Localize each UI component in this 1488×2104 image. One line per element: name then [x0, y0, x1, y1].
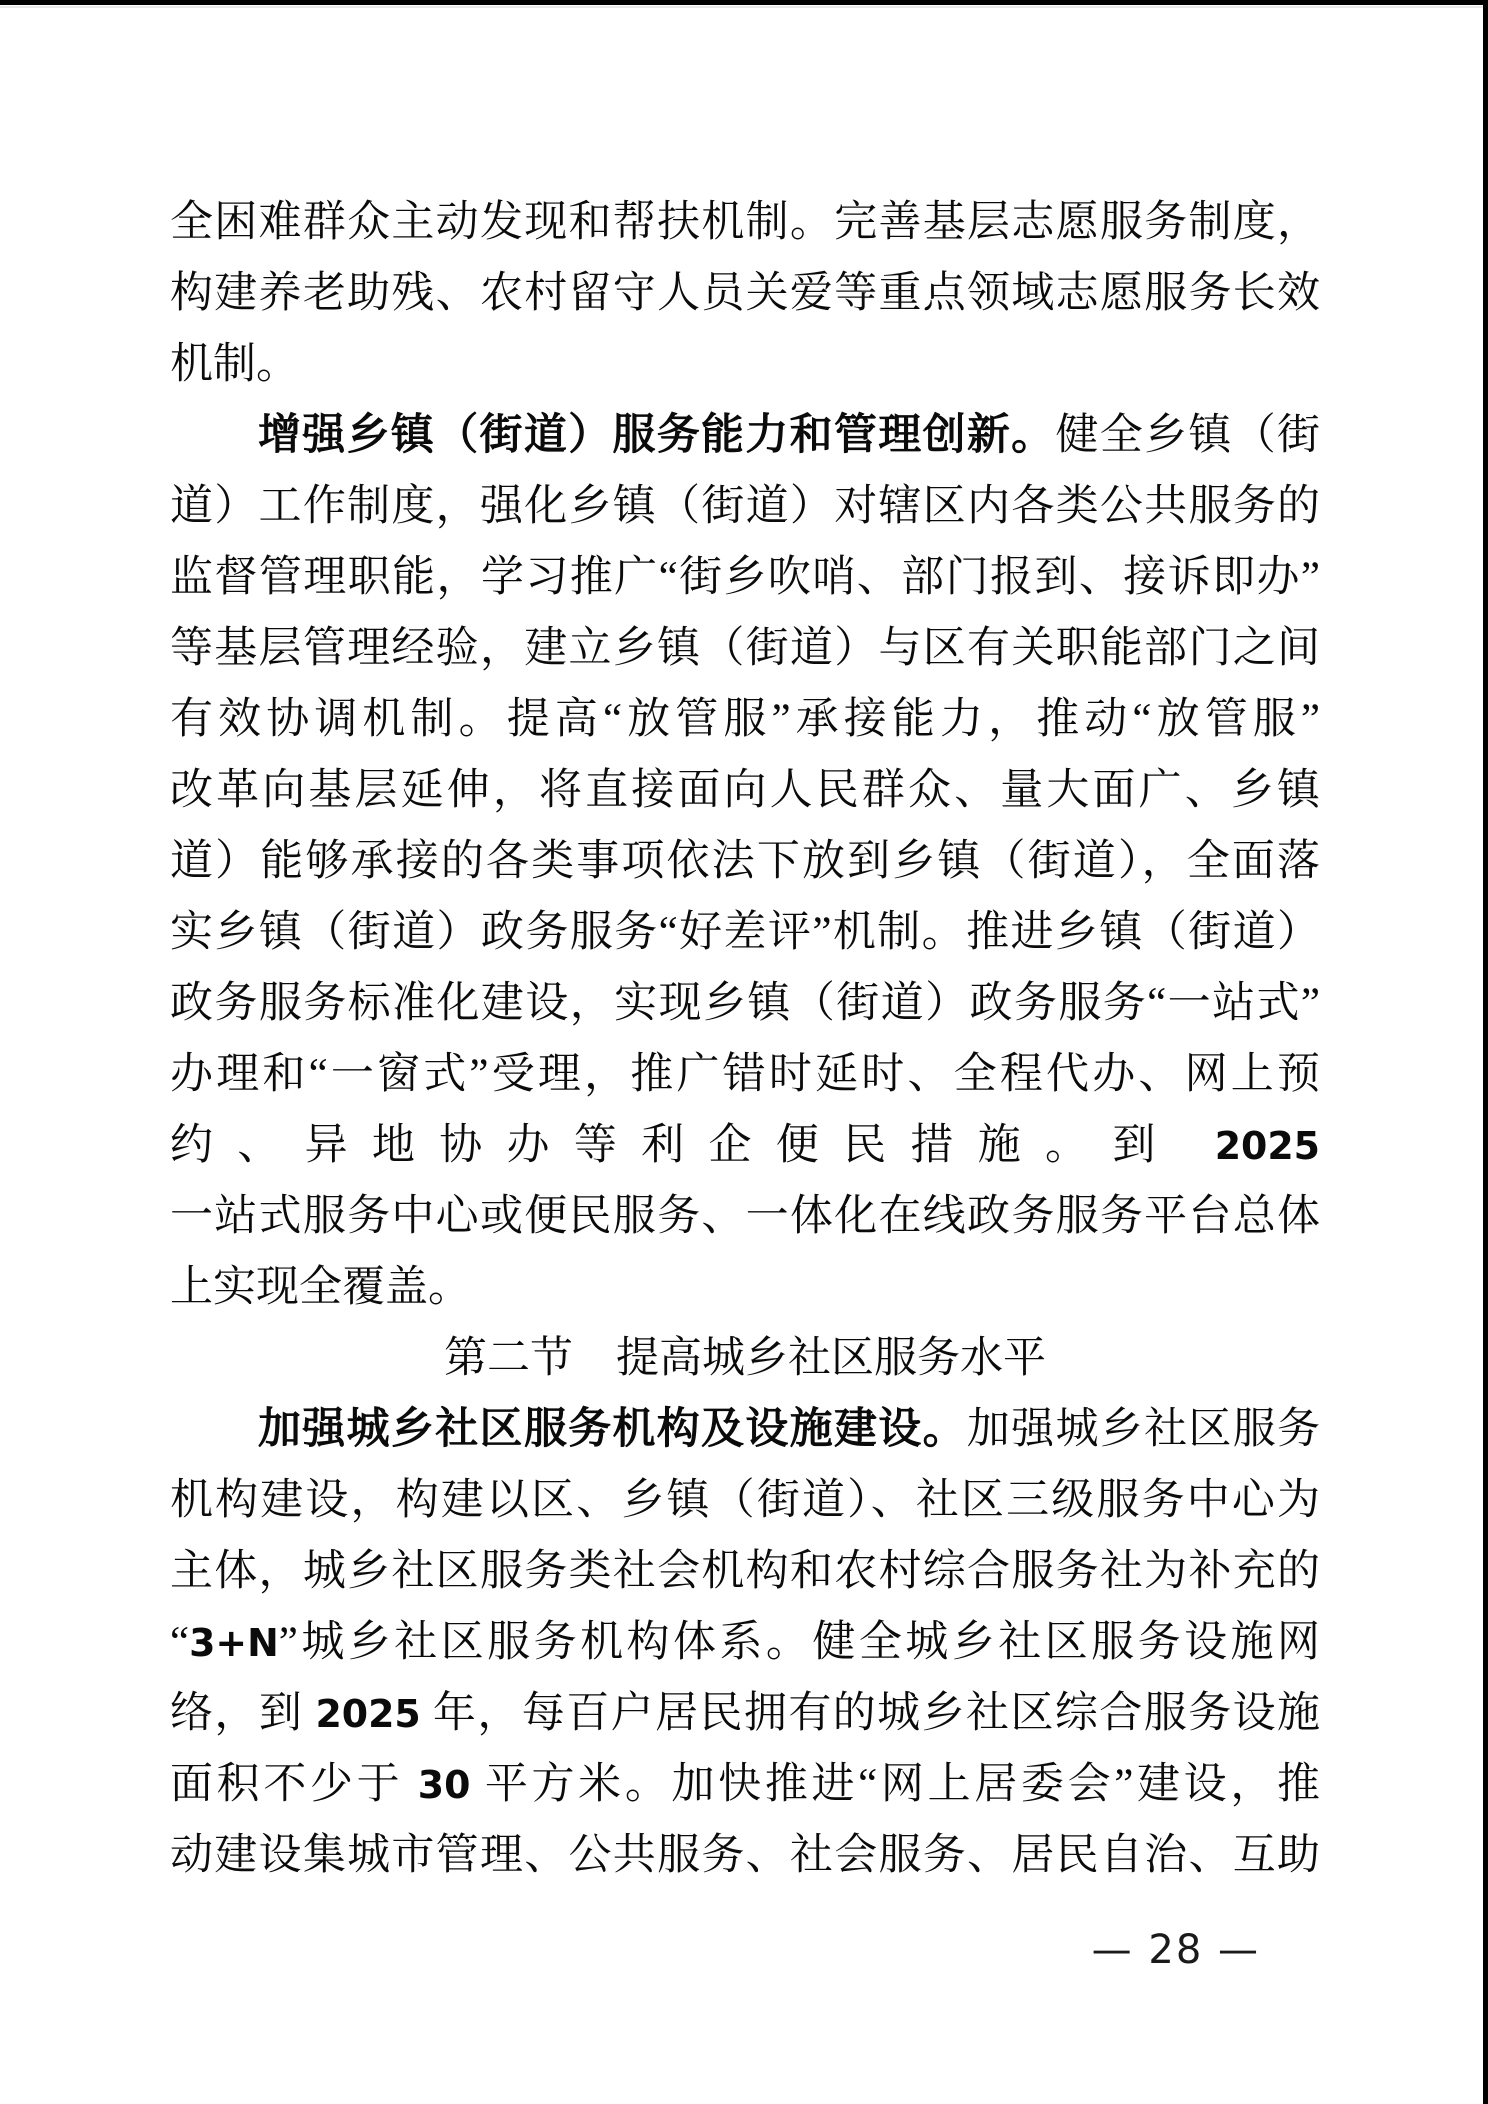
- text-line: 等基层管理经验，建立乡镇（街道）与区有关职能部门之间: [170, 613, 1320, 684]
- text-line: 政务服务标准化建设，实现乡镇（街道）政务服务“一站式”: [170, 968, 1320, 1039]
- text-line: 构建养老助残、农村留守人员关爱等重点领域志愿服务长效: [170, 258, 1320, 329]
- latin-number: 2025: [1215, 1124, 1320, 1168]
- text-line: 监督管理职能，学习推广“街乡吹哨、部门报到、接诉即办”: [170, 542, 1320, 613]
- paragraph: 增强乡镇（街道）服务能力和管理创新。健全乡镇（街道）工作制度，强化乡镇（街道）对…: [170, 400, 1320, 1323]
- text-line: 动建设集城市管理、公共服务、社会服务、居民自治、互助: [170, 1820, 1320, 1891]
- scan-edge-top: [0, 0, 1488, 5]
- text-line: “3+N”城乡社区服务机构体系。健全城乡社区服务设施网: [170, 1607, 1320, 1678]
- text-segment: 第二节 提高城乡社区服务水平: [444, 1335, 1046, 1382]
- latin-number: 2025: [315, 1692, 420, 1736]
- scan-edge-top-shadow: [0, 6, 1488, 8]
- text-segment: 改革向基层延伸，将直接面向人民群众、量大面广、乡镇（街: [170, 767, 1320, 826]
- text-segment: “: [170, 1619, 189, 1666]
- text-line: 约、异地协办等利企便民措施。到 2025 年底，乡镇（街道）: [170, 1110, 1320, 1181]
- text-segment: 政务服务标准化建设，实现乡镇（街道）政务服务“一站式”: [170, 980, 1320, 1027]
- text-segment: 办理和“一窗式”受理，推广错时延时、全程代办、网上预: [170, 1051, 1320, 1098]
- text-line: 络，到 2025 年，每百户居民拥有的城乡社区综合服务设施: [170, 1678, 1320, 1749]
- text-segment: 全困难群众主动发现和帮扶机制。完善基层志愿服务制度，: [170, 199, 1320, 246]
- text-segment: 平方米。加快推进“网上居委会”建设，推: [470, 1761, 1320, 1808]
- text-line: 改革向基层延伸，将直接面向人民群众、量大面广、乡镇（街: [170, 755, 1320, 826]
- text-segment: ”城乡社区服务机构体系。健全城乡社区服务设施网: [279, 1619, 1320, 1666]
- text-line: 上实现全覆盖。: [170, 1252, 1320, 1323]
- text-segment: 构建养老助残、农村留守人员关爱等重点领域志愿服务长效: [170, 270, 1320, 317]
- text-segment: 年，每百户居民拥有的城乡社区综合服务设施: [421, 1690, 1320, 1737]
- text-segment: 主体，城乡社区服务类社会机构和农村综合服务社为补充的: [170, 1548, 1320, 1595]
- text-line: 全困难群众主动发现和帮扶机制。完善基层志愿服务制度，: [170, 187, 1320, 258]
- heading-line: 第二节 提高城乡社区服务水平: [170, 1323, 1320, 1394]
- text-segment: 道）能够承接的各类事项依法下放到乡镇（街道），全面落: [170, 838, 1320, 885]
- text-segment: 等基层管理经验，建立乡镇（街道）与区有关职能部门之间: [170, 625, 1320, 672]
- text-line: 道）能够承接的各类事项依法下放到乡镇（街道），全面落: [170, 826, 1320, 897]
- text-segment: 约、异地协办等利企便民措施。到: [170, 1122, 1215, 1169]
- text-segment: 实乡镇（街道）政务服务“好差评”机制。推进乡镇（街道）: [170, 909, 1320, 956]
- text-segment: 有效协调机制。提高“放管服”承接能力，推动“放管服”: [170, 696, 1320, 743]
- text-line: 办理和“一窗式”受理，推广错时延时、全程代办、网上预: [170, 1039, 1320, 1110]
- page-number: — 28 —: [1092, 1922, 1260, 1978]
- text-line: 道）工作制度，强化乡镇（街道）对辖区内各类公共服务的: [170, 471, 1320, 542]
- text-line: 加强城乡社区服务机构及设施建设。加强城乡社区服务: [170, 1394, 1320, 1465]
- text-line: 有效协调机制。提高“放管服”承接能力，推动“放管服”: [170, 684, 1320, 755]
- scan-edge-right: [1483, 0, 1488, 2104]
- text-block: 全困难群众主动发现和帮扶机制。完善基层志愿服务制度，构建养老助残、农村留守人员关…: [170, 187, 1320, 1891]
- text-segment: 络，到: [170, 1690, 315, 1737]
- text-line: 主体，城乡社区服务类社会机构和农村综合服务社为补充的: [170, 1536, 1320, 1607]
- paragraph: 加强城乡社区服务机构及设施建设。加强城乡社区服务机构建设，构建以区、乡镇（街道）…: [170, 1394, 1320, 1891]
- text-segment: 加强城乡社区服务: [967, 1406, 1320, 1453]
- text-line: 一站式服务中心或便民服务、一体化在线政务服务平台总体: [170, 1181, 1320, 1252]
- text-segment: 机制。: [170, 341, 299, 388]
- text-segment: 面积不少于: [170, 1761, 418, 1808]
- text-segment: 动建设集城市管理、公共服务、社会服务、居民自治、互助: [170, 1832, 1320, 1879]
- section-heading: 第二节 提高城乡社区服务水平: [170, 1323, 1320, 1394]
- document-page: { "document": { "language": "zh-CN", "pa…: [0, 0, 1488, 2104]
- text-segment: 监督管理职能，学习推广“街乡吹哨、部门报到、接诉即办”: [170, 554, 1320, 601]
- latin-number: 3+N: [189, 1621, 279, 1665]
- text-line: 机制。: [170, 329, 1320, 400]
- text-segment: 健全乡镇（街: [1055, 412, 1320, 459]
- text-segment: 机构建设，构建以区、乡镇（街道）、社区三级服务中心为: [170, 1477, 1320, 1524]
- text-line: 面积不少于 30 平方米。加快推进“网上居委会”建设，推: [170, 1749, 1320, 1820]
- text-segment: 一站式服务中心或便民服务、一体化在线政务服务平台总体: [170, 1193, 1320, 1240]
- text-line: 增强乡镇（街道）服务能力和管理创新。健全乡镇（街: [170, 400, 1320, 471]
- latin-number: 30: [418, 1763, 471, 1807]
- text-line: 实乡镇（街道）政务服务“好差评”机制。推进乡镇（街道）: [170, 897, 1320, 968]
- bold-text-segment: 加强城乡社区服务机构及设施建设。: [258, 1406, 967, 1453]
- text-segment: 上实现全覆盖。: [170, 1264, 471, 1311]
- text-line: 机构建设，构建以区、乡镇（街道）、社区三级服务中心为: [170, 1465, 1320, 1536]
- paragraph: 全困难群众主动发现和帮扶机制。完善基层志愿服务制度，构建养老助残、农村留守人员关…: [170, 187, 1320, 400]
- text-segment: 道）工作制度，强化乡镇（街道）对辖区内各类公共服务的: [170, 483, 1320, 530]
- bold-text-segment: 增强乡镇（街道）服务能力和管理创新。: [258, 412, 1055, 459]
